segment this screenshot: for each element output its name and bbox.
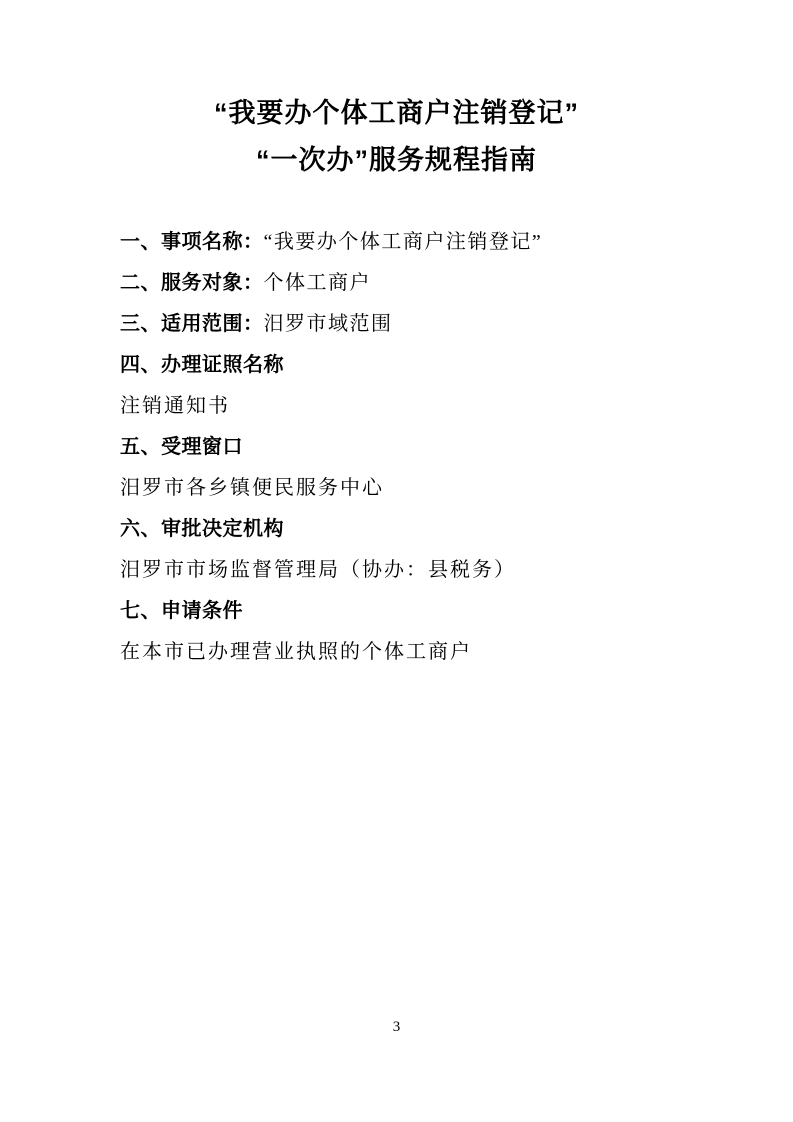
section-4-heading: 四、办理证照名称: [120, 345, 675, 386]
section-6-label: 六、审批决定机构: [120, 518, 284, 540]
section-5-body: 汨罗市各乡镇便民服务中心: [120, 468, 675, 509]
title-line-2: “一次办”服务规程指南: [0, 137, 793, 184]
section-1-value: “我要办个体工商户注销登记”: [264, 231, 543, 253]
section-4-label: 四、办理证照名称: [120, 354, 284, 376]
section-5-label: 五、受理窗口: [120, 436, 243, 458]
section-1-label: 一、事项名称：: [120, 231, 264, 253]
section-1-heading: 一、事项名称：“我要办个体工商户注销登记”: [120, 222, 675, 263]
page-number: 3: [393, 1019, 401, 1035]
section-3-heading: 三、适用范围：汨罗市域范围: [120, 304, 675, 345]
section-2-label: 二、服务对象：: [120, 272, 264, 294]
section-6-heading: 六、审批决定机构: [120, 509, 675, 550]
section-7-body: 在本市已办理营业执照的个体工商户: [120, 632, 675, 673]
section-2-value: 个体工商户: [264, 272, 372, 294]
section-6-body: 汨罗市市场监督管理局（协办：县税务）: [120, 550, 675, 591]
section-3-value: 汨罗市域范围: [264, 313, 393, 335]
section-4-body: 注销通知书: [120, 386, 675, 427]
document-title: “我要办个体工商户注销登记” “一次办”服务规程指南: [0, 0, 793, 184]
title-line-1: “我要办个体工商户注销登记”: [0, 90, 793, 137]
document-page: “我要办个体工商户注销登记” “一次办”服务规程指南 一、事项名称：“我要办个体…: [0, 0, 793, 1122]
section-7-label: 七、申请条件: [120, 600, 243, 622]
section-2-heading: 二、服务对象：个体工商户: [120, 263, 675, 304]
section-7-heading: 七、申请条件: [120, 591, 675, 632]
document-body: 一、事项名称：“我要办个体工商户注销登记” 二、服务对象：个体工商户 三、适用范…: [120, 222, 675, 673]
section-5-heading: 五、受理窗口: [120, 427, 675, 468]
page-footer: 3: [0, 1018, 793, 1036]
section-3-label: 三、适用范围：: [120, 313, 264, 335]
